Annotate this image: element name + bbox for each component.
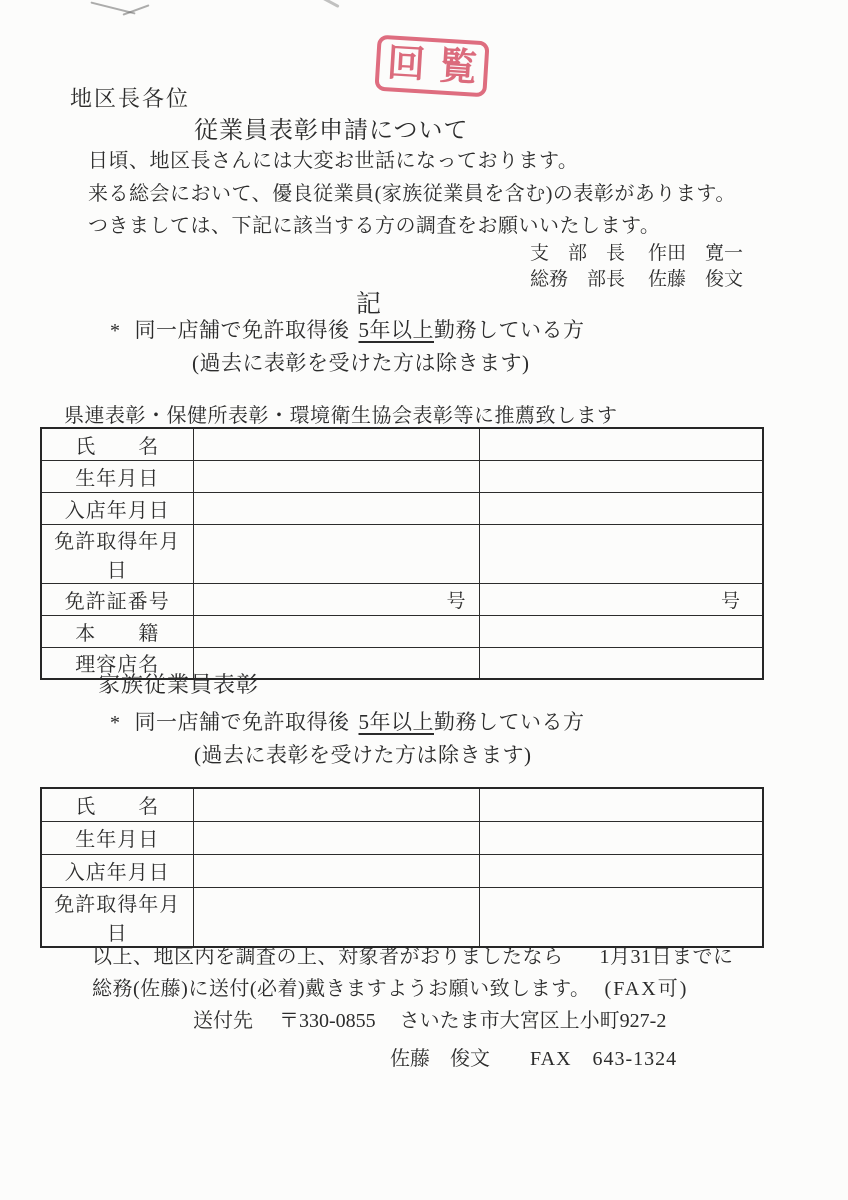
- signer-row: 総務 部長 佐藤 俊文: [530, 267, 743, 293]
- row-label-domicile: 本 籍: [41, 615, 193, 647]
- blank-cell: [193, 428, 479, 460]
- scan-artifact: [322, 0, 339, 8]
- criteria-text: 勤務している方: [434, 710, 585, 734]
- table-row: 生年月日: [41, 821, 763, 854]
- closing-line-1: 以上、地区内を調査の上、対象者がおりましたなら1月31日までに: [92, 940, 734, 969]
- bullet-asterisk: *: [110, 320, 121, 342]
- table-row: 入店年月日: [41, 492, 763, 524]
- intro-line: 来る総会において、優良従業員(家族従業員を含む)の表彰があります。: [88, 178, 736, 211]
- contact-line: 佐藤 俊文FAX 643-1324: [390, 1042, 677, 1071]
- family-form-table: 氏 名 生年月日 入店年月日 免許取得年月日: [40, 787, 764, 948]
- table-row: 入店年月日: [41, 854, 763, 887]
- blank-cell: [479, 887, 763, 947]
- closing-line-2: 総務(佐藤)に送付(必着)戴きますようお願い致します。(FAX可): [92, 972, 688, 1001]
- blank-cell: [193, 821, 479, 854]
- signer-row: 支 部 長 作田 寛一: [530, 241, 743, 267]
- table-row: 免許取得年月日: [41, 524, 763, 583]
- salutation: 地区長各位: [70, 82, 190, 113]
- exclusion-note: (過去に表彰を受けた方は除きます): [192, 347, 530, 377]
- blank-cell: [193, 524, 479, 583]
- commendation-form-table: 氏 名 生年月日 入店年月日 免許取得年月日 免許証番号 号 号 本 籍: [40, 427, 764, 680]
- row-label-license-date: 免許取得年月日: [41, 887, 193, 947]
- row-label-license-date: 免許取得年月日: [41, 524, 193, 583]
- blank-cell: [479, 854, 763, 887]
- contact-name: 佐藤 俊文: [390, 1048, 490, 1070]
- blank-cell: [479, 821, 763, 854]
- blank-cell: [193, 615, 479, 647]
- table-row: 免許証番号 号 号: [41, 583, 763, 615]
- row-label-birthdate: 生年月日: [41, 821, 193, 854]
- fax-ok-note: (FAX可): [605, 978, 689, 1000]
- table-row: 氏 名: [41, 788, 763, 821]
- exclusion-note: (過去に表彰を受けた方は除きます): [194, 739, 532, 769]
- family-section-heading: 家族従業員表彰: [98, 668, 259, 699]
- intro-paragraph: 日頃、地区長さんには大変お世話になっております。 来る総会において、優良従業員(…: [88, 145, 736, 243]
- postal-code: 〒330-0855: [279, 1004, 376, 1033]
- criteria-line: *同一店舗で免許取得後5年以上勤務している方: [110, 706, 585, 736]
- fax-number: FAX 643-1324: [530, 1048, 677, 1070]
- blank-cell: [193, 788, 479, 821]
- intro-line: つきましては、下記に該当する方の調査をお願いいたします。: [88, 210, 736, 243]
- table-row: 本 籍: [41, 615, 763, 647]
- stamp-char: 回: [386, 44, 426, 84]
- criteria-text: 同一店舗で免許取得後: [135, 318, 350, 342]
- blank-cell: [479, 460, 763, 492]
- table-row: 氏 名: [41, 428, 763, 460]
- signer-role: 支 部 長: [530, 241, 648, 267]
- closing-text: 以上、地区内を調査の上、対象者がおりましたなら: [92, 946, 564, 968]
- row-label-store-entry-date: 入店年月日: [41, 492, 193, 524]
- main-table-caption: 県連表彰・保健所表彰・環境衛生協会表彰等に推薦致します: [64, 399, 618, 428]
- signer-role: 総務 部長: [530, 267, 648, 293]
- blank-cell: [479, 428, 763, 460]
- row-label-birthdate: 生年月日: [41, 460, 193, 492]
- table-row: 生年月日: [41, 460, 763, 492]
- table-row: 免許取得年月日: [41, 887, 763, 947]
- bullet-asterisk: *: [110, 712, 121, 734]
- closing-text: 総務(佐藤)に送付(必着)戴きますようお願い致します。: [92, 978, 591, 1000]
- blank-cell: [479, 647, 763, 679]
- blank-cell: [479, 788, 763, 821]
- blank-cell: [479, 615, 763, 647]
- document-title: 従業員表彰申請について: [194, 110, 469, 145]
- blank-cell: [479, 492, 763, 524]
- row-label-store-entry-date: 入店年月日: [41, 854, 193, 887]
- row-label-license-number: 免許証番号: [41, 583, 193, 615]
- kairan-circulation-stamp: 回 覧: [374, 35, 489, 98]
- signer-name: 佐藤 俊文: [648, 267, 743, 293]
- scanned-document-page: 回 覧 地区長各位 従業員表彰申請について 日頃、地区長さんには大変お世話になっ…: [0, 0, 848, 1200]
- criteria-underlined: 5年以上: [359, 710, 435, 734]
- row-label-name: 氏 名: [41, 428, 193, 460]
- blank-cell: [193, 854, 479, 887]
- blank-cell: [479, 524, 763, 583]
- criteria-text: 同一店舗で免許取得後: [135, 710, 350, 734]
- deadline-text: 1月31日までに: [600, 946, 734, 968]
- intro-line: 日頃、地区長さんには大変お世話になっております。: [88, 145, 736, 178]
- stamp-char: 覧: [438, 47, 478, 87]
- send-to-line: 送付先 〒330-0855 さいたま市大宮区上小町927-2: [193, 1004, 666, 1033]
- address: さいたま市大宮区上小町927-2: [400, 1004, 667, 1033]
- row-label-name: 氏 名: [41, 788, 193, 821]
- blank-cell: [193, 887, 479, 947]
- blank-cell: [193, 492, 479, 524]
- unit-suffix-gou: 号: [479, 583, 763, 615]
- criteria-text: 勤務している方: [434, 318, 585, 342]
- criteria-line: *同一店舗で免許取得後5年以上勤務している方: [110, 314, 585, 344]
- criteria-underlined: 5年以上: [359, 318, 435, 342]
- signature-block: 支 部 長 作田 寛一 総務 部長 佐藤 俊文: [530, 241, 743, 293]
- send-to-label: 送付先: [193, 1004, 253, 1033]
- signer-name: 作田 寛一: [648, 241, 743, 267]
- blank-cell: [193, 460, 479, 492]
- unit-suffix-gou: 号: [193, 583, 479, 615]
